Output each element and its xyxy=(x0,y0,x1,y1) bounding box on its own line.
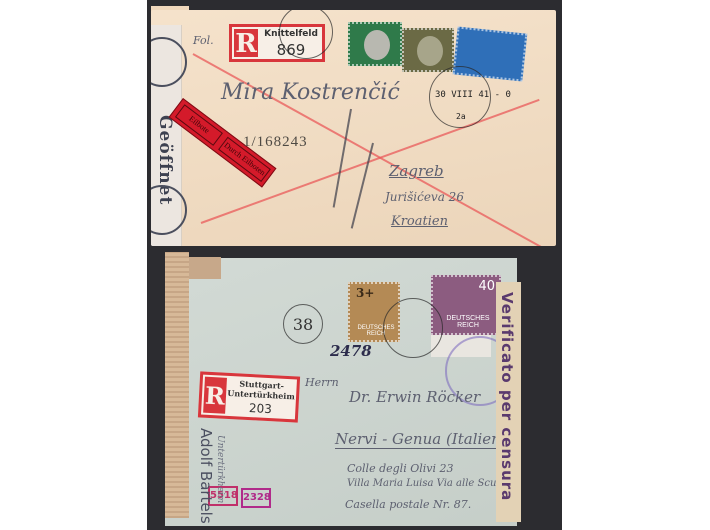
stamp-30pf-olive xyxy=(402,28,454,72)
tape-strip-top xyxy=(189,257,221,279)
censor-seal-icon xyxy=(151,37,187,87)
censor-seal-icon xyxy=(151,185,187,235)
express-segment: Eilbote xyxy=(175,104,223,146)
handwritten-number: 2478 xyxy=(330,342,372,360)
pencil-mark xyxy=(351,143,374,229)
stamp-denomination: 40 xyxy=(478,279,495,294)
stamp-denomination: 3+ xyxy=(356,286,374,300)
recipient-city: Zagreb xyxy=(389,162,444,180)
recipient-name: Dr. Erwin Röcker xyxy=(349,388,480,406)
salutation: Herrn xyxy=(305,376,339,389)
registration-letter: R xyxy=(234,29,258,59)
stamp-country: DEUTSCHES REICH xyxy=(435,315,501,329)
recipient-line2: Villa Maria Luisa Via alle Scuole xyxy=(347,478,512,489)
postmark-date: 30 VIII 41 - 0 xyxy=(435,90,511,100)
tape-strip-left xyxy=(165,252,189,518)
reference-number: 1/168243 xyxy=(243,134,308,151)
censor-tape-left: Geöffnet xyxy=(151,25,182,246)
box-stamp: 2328 xyxy=(241,488,271,508)
sender-location: Untertürkheim xyxy=(215,435,225,503)
note-fol: Fol. xyxy=(193,34,214,47)
postmark-code: 2a xyxy=(456,112,466,121)
registration-label: R Stuttgart- Untertürkheim 203 xyxy=(198,371,300,422)
censor-tape-right: Verificato per censura xyxy=(496,282,521,522)
registration-number: 203 xyxy=(227,400,294,417)
pencil-mark xyxy=(333,109,352,208)
recipient-city: Nervi - Genua (Italien) xyxy=(335,430,515,449)
postmark-circle xyxy=(383,298,443,358)
recipient-line3: Casella postale Nr. 87. xyxy=(345,498,471,511)
recipient-street: Jurišićeva 26 xyxy=(385,190,464,204)
stamp-10pf-green xyxy=(348,22,402,66)
top-cover: Geöffnet R Knittelfeld 869 30 VIII 41 - … xyxy=(151,10,556,246)
recipient-country: Kroatien xyxy=(391,214,448,229)
recipient-name: Mira Kostrenčić xyxy=(221,80,400,105)
sender-name: Adolf Bartels xyxy=(197,428,215,524)
registration-letter: R xyxy=(203,377,227,416)
censor-tape-text: Verificato per censura xyxy=(498,292,516,501)
recipient-line1: Colle degli Olivi 23 xyxy=(347,462,454,475)
circled-mark: 38 xyxy=(283,304,323,344)
